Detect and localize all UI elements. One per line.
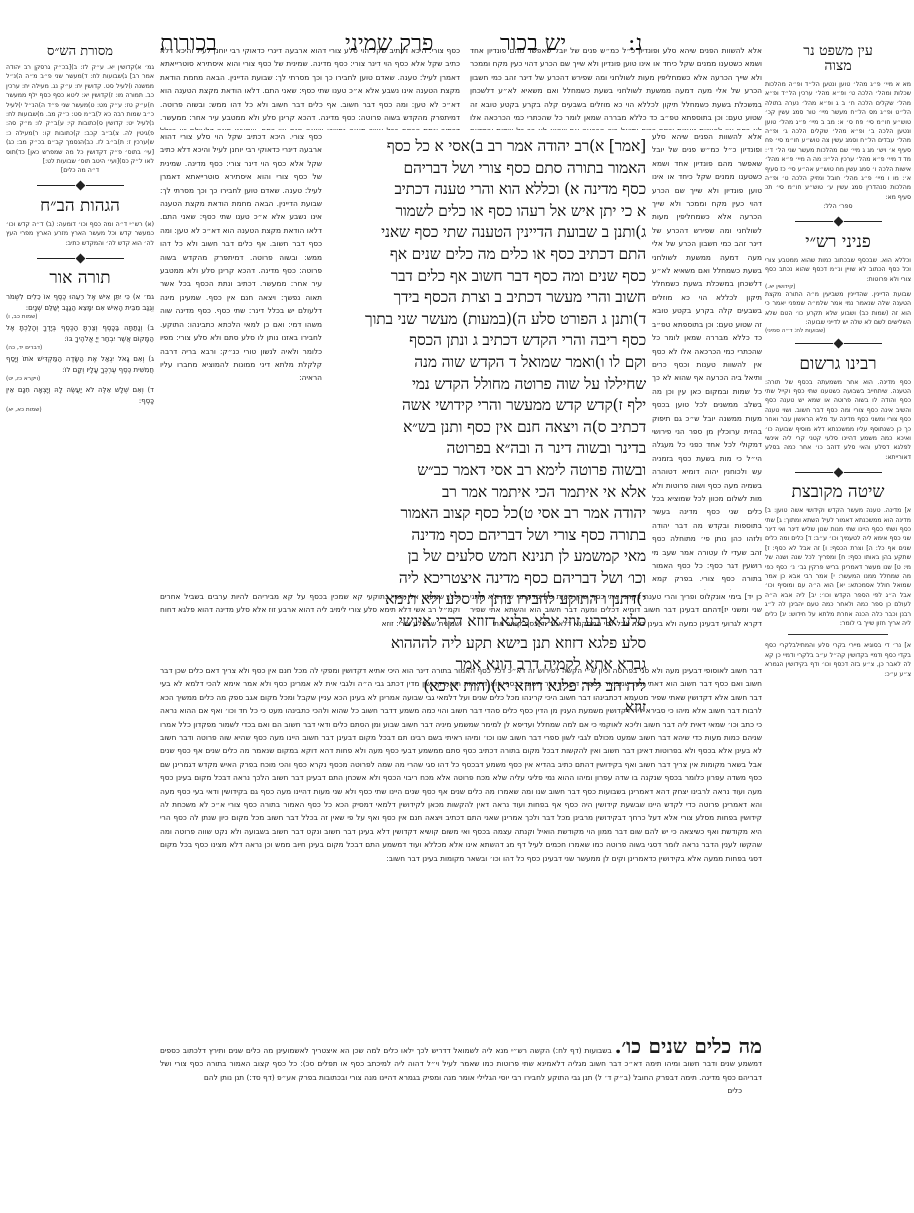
gemara-line: מאי קמשמע לן תנינא חמש סלעים של בן xyxy=(330,546,646,568)
rabbeinu-gershom-title: רבינו גרשום xyxy=(765,354,911,374)
shita-mekubetzet-title: שיטה מקובצת xyxy=(765,482,911,502)
gemara-line: [אמר] א)רב יהודה אמר רב ב)אסי א כל כסף xyxy=(330,136,646,158)
gemara-line: וכו׳ ושל דבריהם כסף מדינה איצטריכא ליה xyxy=(330,568,646,590)
torah-or-source: (דברים יד, כה) xyxy=(6,345,154,351)
gemara-line: חשוב והרי מעשר דכתיב ב וצרת הכסף בידך xyxy=(330,287,646,309)
gemara-line: כסף ריבה והרי הקדש דכתיב ג ונתן הכסף xyxy=(330,330,646,352)
rashi-bottom: וכלן שמעתי אלו תהי כתוקעי קא שמכין בכסף … xyxy=(160,590,460,664)
tosafot-final: מה כלים שנים כו׳. בשבועות (דף לח:) הקשה … xyxy=(160,1040,762,1098)
gemara-line: בתורה כסף צורי ושל דבריהם כסף מדינה xyxy=(330,525,646,547)
gemara-line: ובשוה פרוטה לימא רב אסי דאמר כב״ש xyxy=(330,460,646,482)
gemara-line: ילף ז)קדש קדש ממעשר והרי קידושי אשה xyxy=(330,395,646,417)
tosafot-continued: כן יד] בימי אונקלוס ופריך והרי טענה דקתנ… xyxy=(470,590,762,664)
gemara-line: א כי יתן איש אל רעהו כסף או כלים לשמור xyxy=(330,201,646,223)
ein-mishpat-tail: ספר׳ הלל: xyxy=(765,202,911,211)
rashi-side: כסף צורי. היכא דכתיב שקל הוי סלע צורי דה… xyxy=(160,130,322,590)
rabbeinu-gershom-text: כסף מדינה. הוא אחר משמעתה בכסף של תורה: … xyxy=(765,378,911,463)
gemara-line: ג)ותנן ב שבועת הדיינין הטענה שתי כסף שאנ… xyxy=(330,222,646,244)
tosafot-side: אלא להשוות הפנים שיהא סלע ופונדיון כ״ל כ… xyxy=(652,130,762,590)
torah-or-verse: ג) וְאִם גָּאֹל יִגְאַל אֶת הַשָּׂדֶה הַ… xyxy=(6,354,154,376)
gemara-line: התם דכתיב כסף או כלים מה כלים שנים אף xyxy=(330,244,646,266)
penei-rashi-text: וכללא הוא. שבכסף שבכתוב כמות שהוא ממטבע … xyxy=(765,256,911,284)
hagahot-habach-text: (א) רש״י ד״ה ומה כסף וכו׳ דומעה: (ב) ד״ה… xyxy=(6,220,154,248)
footnote-text: א] נר׳ די בסוגיא מיירי בקרי סלע והמתילבל… xyxy=(765,641,911,679)
penei-rashi-ref-2: (שבועות לח: ד״ה סמיני) xyxy=(765,328,911,334)
hagahot-habach-title: הגהות הב״ח xyxy=(6,196,154,216)
tosafot-full-block: דבר חשוב לאוסופי דבעינן מעה ולא סגי בפרו… xyxy=(160,664,762,1040)
gemara-line: האמור בתורה סתם כסף צורי ושל דבריהם xyxy=(330,158,646,180)
shita-mekubetzet-text: א] מדינה. טענה מעשר הקדש וקידושי אשה טוע… xyxy=(765,506,911,628)
torah-or-verse: גמ׳ א) כִּי יִתֵּן אִישׁ אֶל רֵעֵהוּ כֶּ… xyxy=(6,292,154,314)
torah-or-list: גמ׳ א) כִּי יִתֵּן אִישׁ אֶל רֵעֵהוּ כֶּ… xyxy=(6,292,154,413)
divider-ornament xyxy=(6,180,154,192)
tosafot-top: אלא להשוות הפנים שיהא סלע ופונדיון כ״ל כ… xyxy=(470,44,762,130)
divider-ornament xyxy=(765,216,911,228)
tosafot-final-end: כלים xyxy=(160,1084,762,1097)
gemara-line: שחיללו על שוה פרוטה מחולל הקדש נמי xyxy=(330,374,646,396)
ein-mishpat-title: עין משפט נר מצוה xyxy=(793,44,883,74)
gemara-line: אלא אי איתמר הכי איתמר אמר רב xyxy=(330,482,646,504)
gemara-line: כסף שנים ומה כסף דבר חשוב אף כלים דבר xyxy=(330,266,646,288)
torah-or-source: (ויקרא כז, יט) xyxy=(6,376,154,382)
torah-or-title: תורה אור xyxy=(6,268,154,288)
rashi-top: כסף צורי. היכא דכתיב שקל הוי סלע צורי דה… xyxy=(160,44,460,130)
masoret-hashas-title: מסורת הש״ס xyxy=(30,44,130,59)
left-margin: מסורת הש״ס גמ׳ א)קדושין יא. ע״ק לז: ב)[ב… xyxy=(6,44,154,413)
penei-rashi-text-2: שבועת הדיינין. שהדיינין משביעין מ״ה התור… xyxy=(765,290,911,328)
gemara-line: כסף מדינה א) וכללא הוא והרי טענה דכתיב xyxy=(330,179,646,201)
gemara-line: ד)ותנן ג הפורט סלע ה)(במעות) מעשר שני בת… xyxy=(330,309,646,331)
gemara-line: בדינר ובשוה דינר ה ובה״א בפרוטה xyxy=(330,438,646,460)
gemara-line: וקם לו ו)ואמר שמואל ד הקדש שוה מנה xyxy=(330,352,646,374)
torah-or-source: (שמות כא, יא) xyxy=(6,407,154,413)
torah-or-source: (שמות כב, ו) xyxy=(6,314,154,320)
divider-ornament xyxy=(765,338,911,350)
torah-or-verse: ד) וְאִם שְׁלָשׁ אֵלֶּה לֹא יַעֲשֶׂה לָה… xyxy=(6,385,154,407)
divider-ornament xyxy=(765,466,911,478)
divider-ornament xyxy=(6,252,154,264)
gemara-line: דכתיב ס)ה ויצאה חנם אין כסף ותנן בש״א xyxy=(330,417,646,439)
masoret-hashas-text: גמ׳ א)קדושין יא. ע״ק לז: ב)[בכ״ק גרסקן ר… xyxy=(6,63,154,166)
gemara-line: יהודה אמר רב אסי ט)כל כסף קצוב האמור xyxy=(330,503,646,525)
masoret-hashas-tail: ד״ה מה כלים] xyxy=(6,166,154,175)
footnote-divider xyxy=(788,634,888,635)
ein-mishpat-text: מא א מיי׳ פ״ג מהל׳ טוען ונטען הל״ד ופ״ה … xyxy=(765,80,911,202)
right-margin: עין משפט נר מצוה מא א מיי׳ פ״ג מהל׳ טוען… xyxy=(765,44,911,679)
torah-or-verse: ב) וְנָתַתָּה בַּכָּסֶף וְצַרְתָּ הַכֶּס… xyxy=(6,323,154,345)
penei-rashi-title: פניני רש״י xyxy=(765,232,911,252)
dibbur-hamatchil: מה כלים שנים כו׳. xyxy=(615,1034,762,1058)
